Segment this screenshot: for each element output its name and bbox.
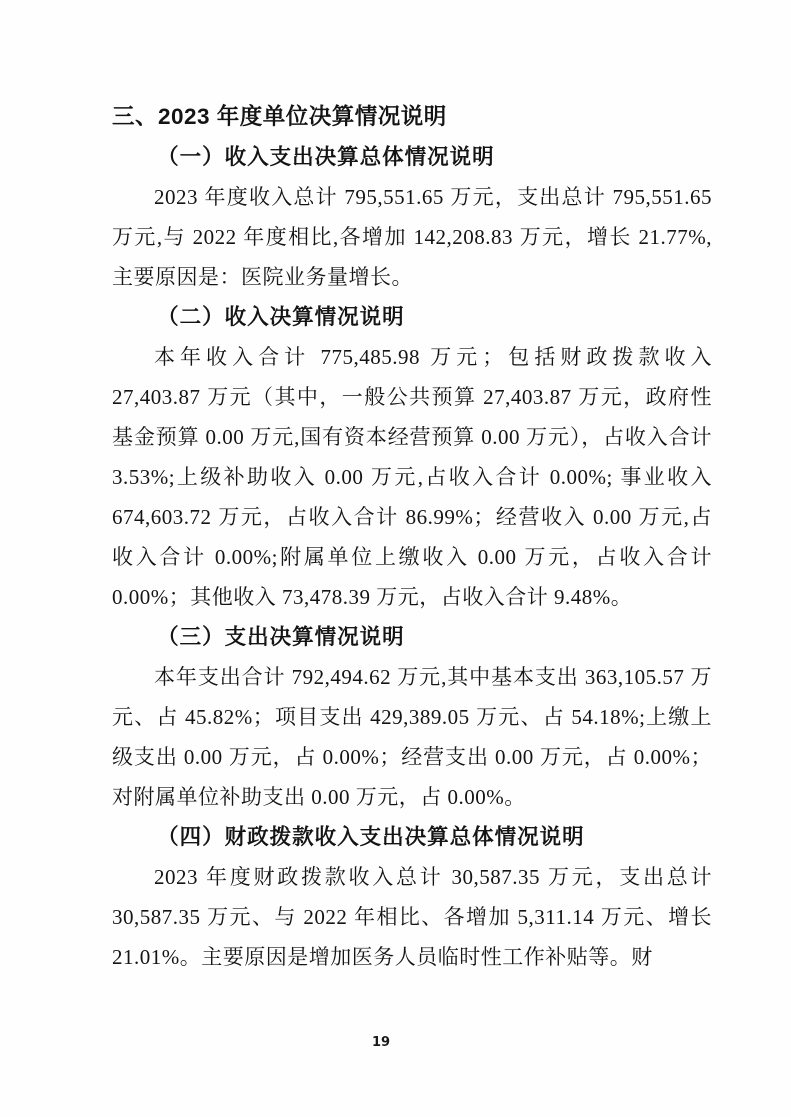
paragraph-expenditure-statement: 本年支出合计 792,494.62 万元,其中基本支出 363,105.57 万… — [112, 657, 712, 817]
subsection-heading-expenditure-statement: （三）支出决算情况说明 — [112, 617, 712, 657]
subsection-heading-income-statement: （二）收入决算情况说明 — [112, 297, 712, 337]
paragraph-income-statement: 本年收入合计 775,485.98 万元；包括财政拨款收入 27,403.87 … — [112, 337, 712, 617]
section-title: 三、2023 年度单位决算情况说明 — [112, 97, 712, 137]
page-number: 19 — [361, 1035, 401, 1050]
document-page: 三、2023 年度单位决算情况说明 （一）收入支出决算总体情况说明 2023 年… — [0, 0, 791, 1117]
paragraph-income-expenditure-overview: 2023 年度收入总计 795,551.65 万元，支出总计 795,551.6… — [112, 177, 712, 297]
paragraph-fiscal-appropriation-overview: 2023 年度财政拨款收入总计 30,587.35 万元，支出总计 30,587… — [112, 857, 712, 977]
page-content: 三、2023 年度单位决算情况说明 （一）收入支出决算总体情况说明 2023 年… — [112, 97, 712, 977]
subsection-heading-fiscal-appropriation-overview: （四）财政拨款收入支出决算总体情况说明 — [112, 817, 712, 857]
subsection-heading-income-expenditure-overview: （一）收入支出决算总体情况说明 — [112, 137, 712, 177]
